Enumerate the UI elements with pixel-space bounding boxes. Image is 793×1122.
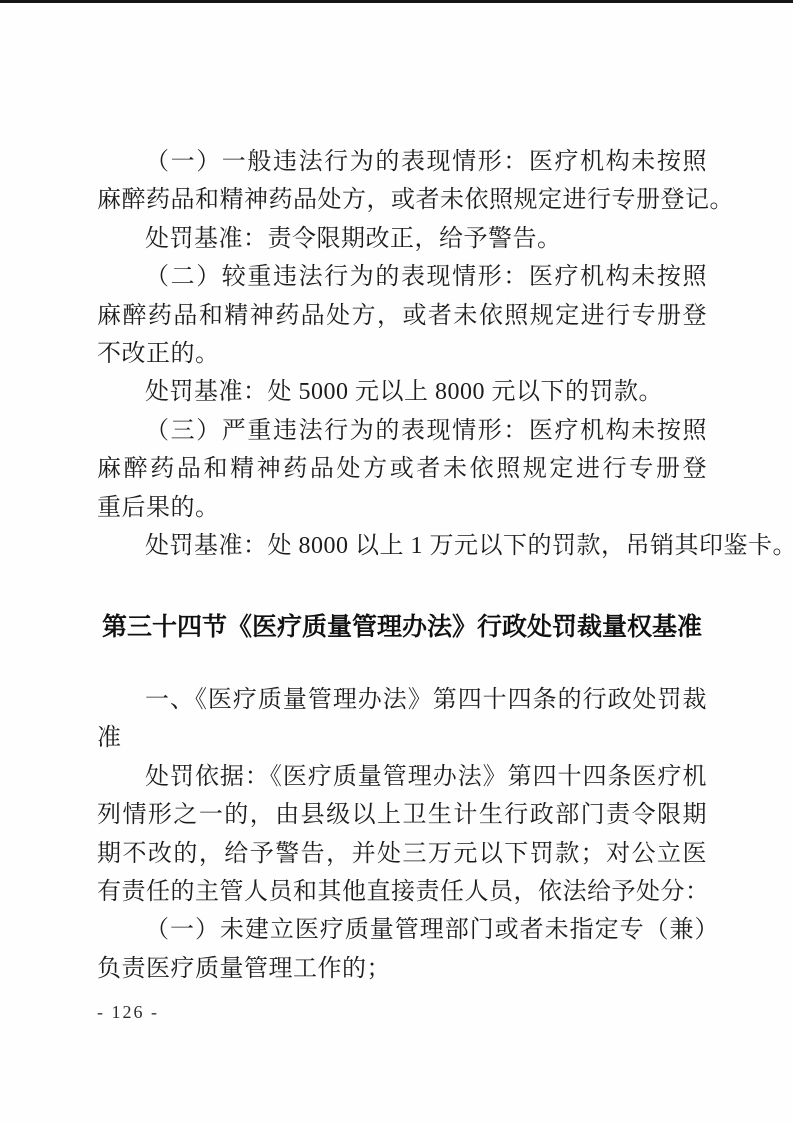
text-line: 列情形之一的，由县级以上卫生计生行政部门责令限期改正；逾 <box>97 796 707 834</box>
text-line: 处罚依据：《医疗质量管理办法》第四十四条医疗机构有下 <box>97 758 707 796</box>
text-line: 麻醉药品和精神药品处方，或者未依照规定进行专册登记，逾期 <box>97 297 707 335</box>
quality-management-section: 一、《医疗质量管理办法》第四十四条的行政处罚裁量权基准处罚依据：《医疗质量管理办… <box>97 681 707 988</box>
text-line: 一、《医疗质量管理办法》第四十四条的行政处罚裁量权基 <box>97 681 707 719</box>
text-line: （三）严重违法行为的表现情形：医疗机构未按照规定保管 <box>97 412 707 450</box>
page-number: - 126 - <box>97 1002 159 1023</box>
text-line: （一）未建立医疗质量管理部门或者未指定专（兼）职人员 <box>97 911 707 949</box>
document-page: （一）一般违法行为的表现情形：医疗机构未按照规定保管麻醉药品和精神药品处方，或者… <box>0 0 793 1122</box>
penalty-criteria-section: （一）一般违法行为的表现情形：医疗机构未按照规定保管麻醉药品和精神药品处方，或者… <box>97 143 707 565</box>
text-line: 准 <box>97 719 707 757</box>
text-line: （一）一般违法行为的表现情形：医疗机构未按照规定保管 <box>97 143 707 181</box>
scan-artifact-line <box>0 0 793 3</box>
text-line: 处罚基准：处 8000 以上 1 万元以下的罚款，吊销其印鉴卡。 <box>97 527 707 565</box>
text-line: 不改正的。 <box>97 335 707 373</box>
text-line: 重后果的。 <box>97 489 707 527</box>
text-line: 麻醉药品和精神药品处方或者未依照规定进行专册登记，造成较 <box>97 450 707 488</box>
text-line: （二）较重违法行为的表现情形：医疗机构未按照规定保管 <box>97 258 707 296</box>
text-line: 有责任的主管人员和其他直接责任人员，依法给予处分： <box>97 873 707 911</box>
section-heading: 第三十四节《医疗质量管理办法》行政处罚裁量权基准 <box>97 606 707 648</box>
text-line: 负责医疗质量管理工作的； <box>97 950 707 988</box>
text-line: 处罚基准：责令限期改正，给予警告。 <box>97 220 707 258</box>
text-line: 麻醉药品和精神药品处方，或者未依照规定进行专册登记。 <box>97 181 707 219</box>
text-line: 期不改的，给予警告，并处三万元以下罚款；对公立医疗机构负 <box>97 835 707 873</box>
text-line: 处罚基准：处 5000 元以上 8000 元以下的罚款。 <box>97 373 707 411</box>
